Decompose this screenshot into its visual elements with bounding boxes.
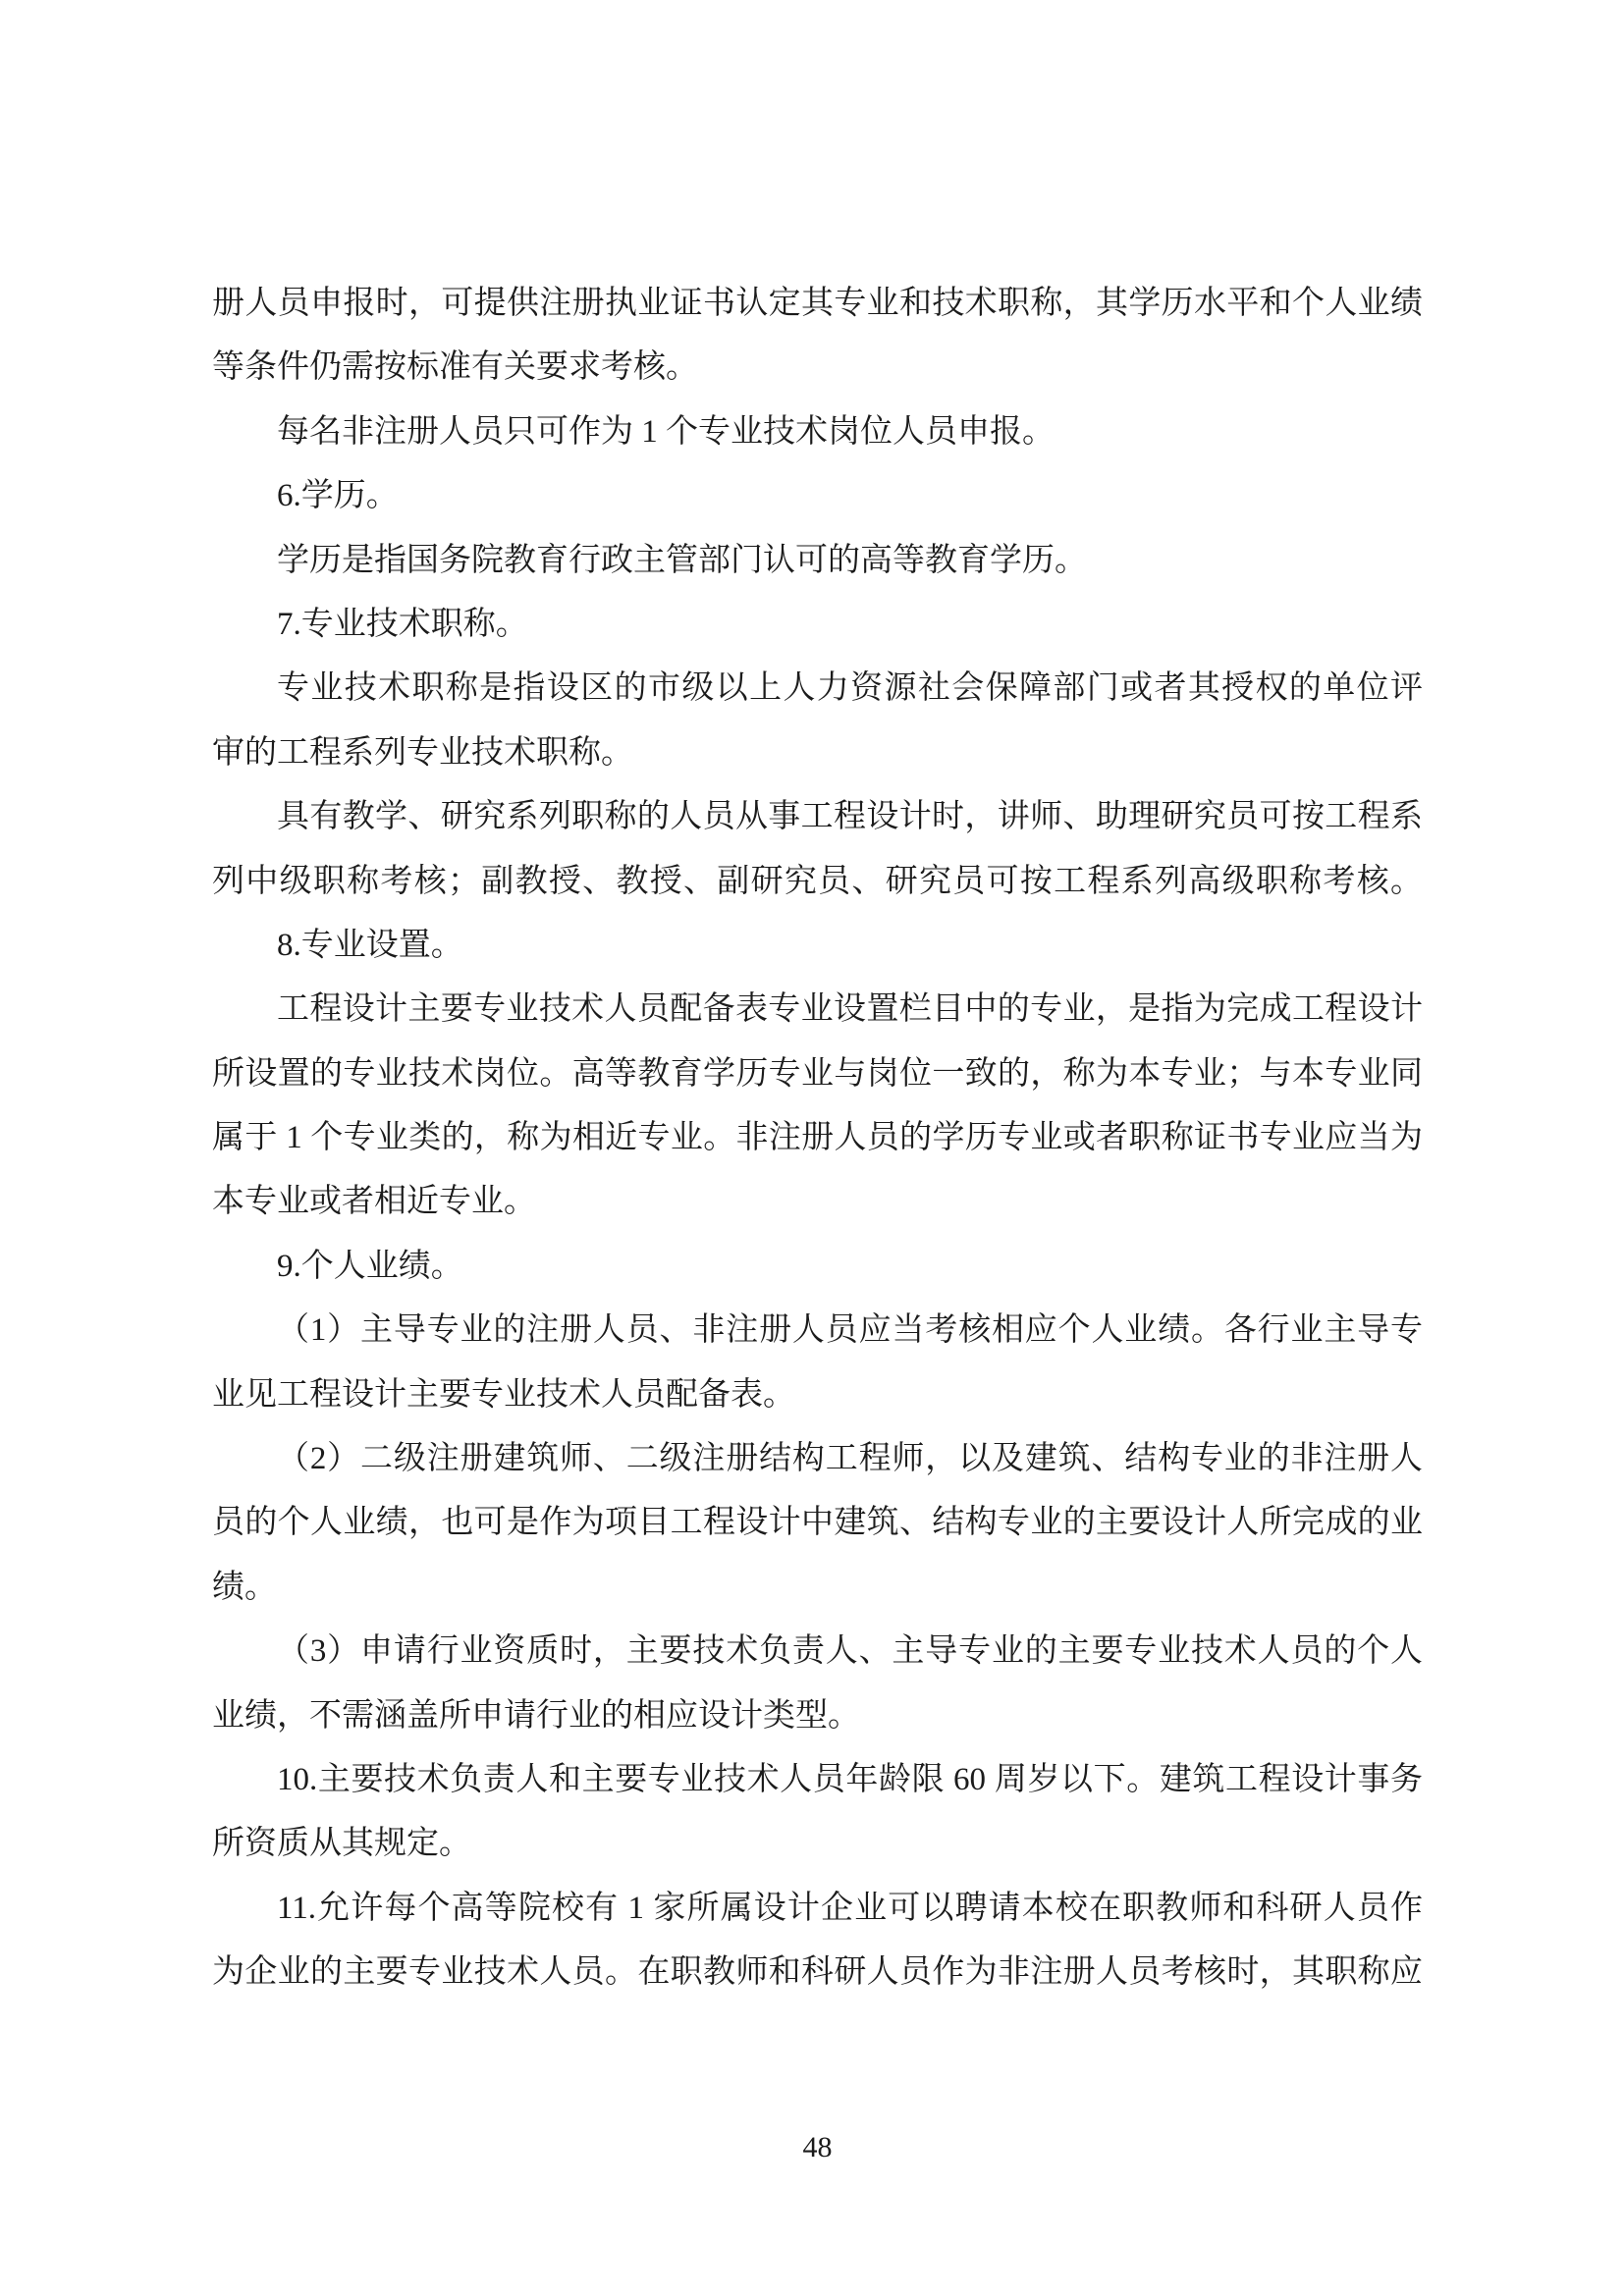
text-line: 所设置的专业技术岗位。高等教育学历专业与岗位一致的，称为本专业；与本专业同 [212, 1042, 1423, 1106]
text-line: 8.专业设置。 [212, 914, 1423, 978]
text-line: 属于 1 个专业类的，称为相近专业。非注册人员的学历专业或者职称证书专业应当为 [212, 1106, 1423, 1170]
text-line: 11.允许每个高等院校有 1 家所属设计企业可以聘请本校在职教师和科研人员作 [212, 1877, 1423, 1941]
page-number: 48 [212, 2131, 1423, 2164]
text-line: （3）申请行业资质时，主要技术负责人、主导专业的主要专业技术人员的个人 [212, 1620, 1423, 1683]
text-line: 学历是指国务院教育行政主管部门认可的高等教育学历。 [212, 529, 1423, 593]
text-line: 等条件仍需按标准有关要求考核。 [212, 336, 1423, 400]
text-line: 所资质从其规定。 [212, 1812, 1423, 1876]
text-line: 业绩，不需涵盖所申请行业的相应设计类型。 [212, 1684, 1423, 1748]
text-line: 绩。 [212, 1556, 1423, 1620]
text-line: 7.专业技术职称。 [212, 593, 1423, 657]
text-line: 具有教学、研究系列职称的人员从事工程设计时，讲师、助理研究员可按工程系 [212, 785, 1423, 849]
text-line: 专业技术职称是指设区的市级以上人力资源社会保障部门或者其授权的单位评 [212, 657, 1423, 721]
document-body: 册人员申报时，可提供注册执业证书认定其专业和技术职称，其学历水平和个人业绩等条件… [212, 272, 1423, 2005]
text-line: 册人员申报时，可提供注册执业证书认定其专业和技术职称，其学历水平和个人业绩 [212, 272, 1423, 336]
text-line: 9.个人业绩。 [212, 1235, 1423, 1299]
text-line: 每名非注册人员只可作为 1 个专业技术岗位人员申报。 [212, 400, 1423, 464]
text-line: 员的个人业绩，也可是作为项目工程设计中建筑、结构专业的主要设计人所完成的业 [212, 1491, 1423, 1555]
text-line: （2）二级注册建筑师、二级注册结构工程师，以及建筑、结构专业的非注册人 [212, 1427, 1423, 1491]
text-line: 10.主要技术负责人和主要专业技术人员年龄限 60 周岁以下。建筑工程设计事务 [212, 1748, 1423, 1812]
text-line: 审的工程系列专业技术职称。 [212, 721, 1423, 785]
text-line: 工程设计主要专业技术人员配备表专业设置栏目中的专业，是指为完成工程设计 [212, 978, 1423, 1041]
text-line: 本专业或者相近专业。 [212, 1170, 1423, 1234]
text-line: 列中级职称考核；副教授、教授、副研究员、研究员可按工程系列高级职称考核。 [212, 850, 1423, 914]
text-line: （1）主导专业的注册人员、非注册人员应当考核相应个人业绩。各行业主导专 [212, 1299, 1423, 1362]
text-line: 为企业的主要专业技术人员。在职教师和科研人员作为非注册人员考核时，其职称应 [212, 1941, 1423, 2004]
text-line: 业见工程设计主要专业技术人员配备表。 [212, 1363, 1423, 1427]
text-line: 6.学历。 [212, 464, 1423, 528]
document-page: 册人员申报时，可提供注册执业证书认定其专业和技术职称，其学历水平和个人业绩等条件… [0, 0, 1624, 2296]
